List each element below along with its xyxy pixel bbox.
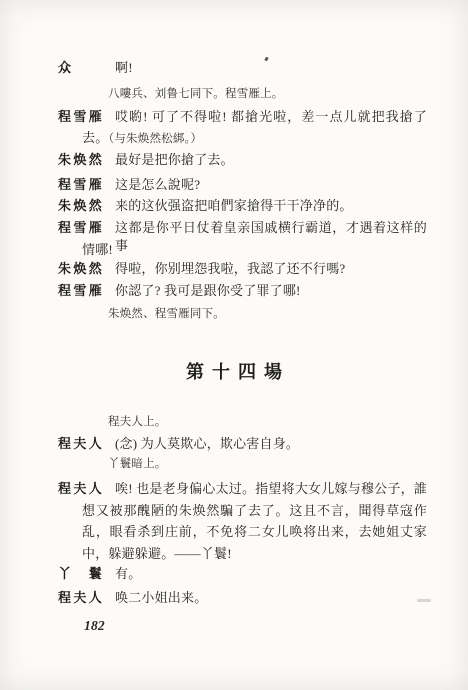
speaker-name: 众 xyxy=(58,59,102,77)
dialogue-line: 朱焕然 最好是把你搶了去。 xyxy=(58,151,427,169)
speaker-name: 程雪雁 xyxy=(58,108,102,126)
dialogue-text: 最好是把你搶了去。 xyxy=(115,151,427,169)
dialogue-continuation: 去。（与朱焕然松綁。） xyxy=(82,129,427,148)
stage-direction: 丫鬟暗上。 xyxy=(108,456,427,472)
dialogue-continuation: 中，躲避躲避。——丫鬟! xyxy=(82,545,427,563)
dialogue-continuation: 想又被那醜陋的朱焕然騙了去了。这且不言，聞得草寇作 xyxy=(82,502,427,520)
stage-direction: 程夫人上。 xyxy=(108,414,427,430)
speaker-name: 程夫人 xyxy=(58,589,102,607)
dialogue-line: 程雪雁 你認了? 我可是跟你受了罪了哪! xyxy=(58,282,427,300)
dialogue-text: 唉! 也是老身偏心太过。指望将大女儿嫁与穆公子，誰 xyxy=(115,480,427,498)
speaker-name: 朱焕然 xyxy=(58,197,102,215)
dialogue-text: 得啦，你别埋怨我啦，我認了还不行嗎? xyxy=(115,260,427,278)
dialogue-text: 啊! xyxy=(115,59,427,77)
speaker-name: 程雪雁 xyxy=(58,176,102,194)
dialogue-text: 去。 xyxy=(82,130,108,145)
dialogue-line: 程夫人 唤二小姐出来。 xyxy=(58,589,427,607)
dialogue-line: 程夫人 (念) 为人莫欺心，欺心害自身。 xyxy=(58,435,427,453)
speaker-name: 程雪雁 xyxy=(58,219,102,237)
dialogue-line: 程雪雁 哎喲! 可了不得啦! 都搶光啦，差一点儿就把我搶了 xyxy=(58,108,427,126)
dialogue-text: 你認了? 我可是跟你受了罪了哪! xyxy=(115,282,427,300)
dialogue-text: 唤二小姐出来。 xyxy=(115,589,427,607)
dialogue-line: 朱焕然 来的这伙强盗把咱們家搶得干干净净的。 xyxy=(58,197,427,215)
dialogue-text: 来的这伙强盗把咱們家搶得干干净净的。 xyxy=(115,197,427,215)
dialogue-line: 朱焕然 得啦，你别埋怨我啦，我認了还不行嗎? xyxy=(58,260,427,278)
book-page: 众 啊! 八嘍兵、刘鲁七同下。程雪雁上。 程雪雁 哎喲! 可了不得啦! 都搶光啦… xyxy=(0,0,468,690)
stage-note: （与朱焕然松綁。） xyxy=(108,133,202,145)
speaker-name: 程夫人 xyxy=(58,480,102,498)
dialogue-text: 哎喲! 可了不得啦! 都搶光啦，差一点儿就把我搶了 xyxy=(115,108,427,126)
dialogue-text: (念) 为人莫欺心，欺心害自身。 xyxy=(115,435,427,453)
dialogue-continuation: 情哪! xyxy=(82,241,427,259)
dialogue-line: 丫鬟 有。 xyxy=(58,565,427,583)
speaker-name: 朱焕然 xyxy=(58,260,102,278)
page-number: 182 xyxy=(84,617,144,635)
speaker-name: 程夫人 xyxy=(58,435,102,453)
stage-direction: 八嘍兵、刘鲁七同下。程雪雁上。 xyxy=(108,86,427,102)
dialogue-line: 程夫人 唉! 也是老身偏心太过。指望将大女儿嫁与穆公子，誰 xyxy=(58,480,427,498)
dialogue-line: 程雪雁 这是怎么說呢? xyxy=(58,176,427,194)
stage-direction: 朱焕然、程雪雁同下。 xyxy=(108,306,427,322)
dialogue-line: 众 啊! xyxy=(58,59,427,77)
dialogue-continuation: 乱，眼看杀到庄前，不免将二女儿唤将出来，去她姐丈家 xyxy=(82,523,427,541)
speaker-name: 程雪雁 xyxy=(58,282,102,300)
scene-heading: 第十四場 xyxy=(0,363,468,381)
dialogue-text: 有。 xyxy=(115,565,427,583)
speaker-name: 丫鬟 xyxy=(58,565,102,583)
dialogue-text: 这是怎么說呢? xyxy=(115,176,427,194)
speaker-name: 朱焕然 xyxy=(58,151,102,169)
